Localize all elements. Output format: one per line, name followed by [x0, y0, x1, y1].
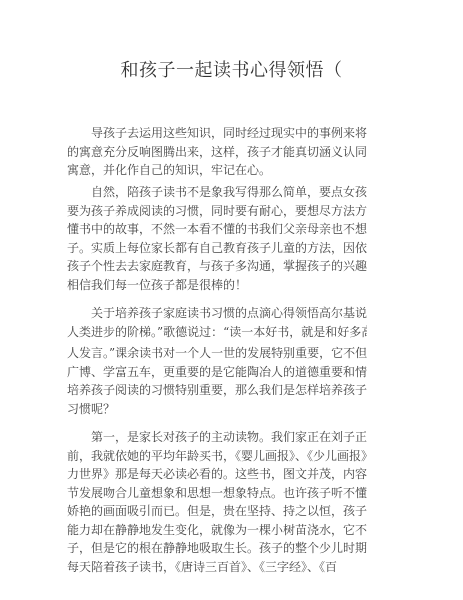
- text-line: 广博、学富五车，更重要的是它能陶冶人的道德重要和情操，而从小: [67, 363, 367, 382]
- text-line: 子，但是它的根在静静地吸取生长。孩子的整个少儿时期，我们几乎是: [67, 539, 367, 558]
- text-line: 第一，是家长对孩子的主动读物。我们家正在刘子正在咿咿学语从: [67, 428, 367, 447]
- text-line: 前，我就依她的平均年龄买书，《婴儿画报》、《少儿画报》、少儿智: [67, 447, 367, 466]
- text-line: 节发展吻合儿童想象和思想一想象特点。也许孩子听不懂，可是被色彩: [67, 484, 367, 503]
- text-line: 要为孩子养成阅读的习惯，同时要有耐心，要想尽方法方法让孩子读: [67, 202, 367, 221]
- text-line: 子。实质上每位家长都有自己教育孩子儿童的方法，因依照不同样的: [67, 239, 367, 258]
- text-line: 能力却在静静地发生变化，就像为一棵小树苗浇水，它不会马上长出叶: [67, 521, 367, 540]
- text-line: 人发言。”课余读书对一个人一世的发展特别重要，它不但令人知识: [67, 344, 367, 363]
- paragraph-1: 导孩子去运用这些知识，同时经过现实中的事例来将寓言故事中 的寓意充分反响图腾出来…: [67, 124, 367, 180]
- text-line: 相信我们每一位孩子都是很棒的！: [67, 276, 367, 295]
- paragraph-2: 自然，陪孩子读书不是象我写得那么简单，要点女孩是我们家长 要为孩子养成阅读的习惯…: [67, 183, 367, 294]
- text-line: 懂书中的故事，不然一本看不懂的书我们父亲母亲也不想看何况是孩: [67, 220, 367, 239]
- text-line: 孩子个性去去家庭教育，与孩子多沟通，掌握孩子的兴趣与爱好，我: [67, 257, 367, 276]
- text-line: 每天陪着孩子读书，《唐诗三百首》、《三字经》、《百: [67, 558, 367, 577]
- text-line: 习惯呢？: [67, 400, 367, 419]
- paragraph-4: 第一，是家长对孩子的主动读物。我们家正在刘子正在咿咿学语从 前，我就依她的平均年…: [67, 428, 367, 576]
- document-page: 和孩子一起读书心得领悟（ 导孩子去运用这些知识，同时经过现实中的事例来将寓言故事…: [0, 0, 463, 600]
- text-line: 人类进步的阶梯。”歌德说过：“读一本好书，就是和好多高尚的: [67, 323, 367, 342]
- text-line: 娇艳的画面吸引而已。但是，贵在坚持、持之以恒，孩子的语言和理解: [67, 502, 367, 521]
- paragraph-3: 关于培养孩子家庭读书习惯的点滴心得领悟高尔基说过：“书籍是 人类进步的阶梯。”歌…: [67, 304, 367, 418]
- text-line: 力世界》那是每天必读必看的。这些书，图文并茂，内容丰富饶趣，情: [67, 465, 367, 484]
- document-title: 和孩子一起读书心得领悟（: [0, 60, 463, 82]
- text-line: 关于培养孩子家庭读书习惯的点滴心得领悟高尔基说过：“书籍是: [67, 304, 367, 323]
- text-line: 导孩子去运用这些知识，同时经过现实中的事例来将寓言故事中: [67, 124, 367, 143]
- text-line: 培养孩子阅读的习惯特别重要，那么我们是怎样培养孩子优异的读书: [67, 381, 367, 400]
- text-line: 寓意，并化作自己的知识，牢记在心。: [67, 161, 367, 180]
- text-line: 的寓意充分反响图腾出来，这样，孩子才能真切涵义认同这些故事的: [67, 143, 367, 162]
- text-line: 自然，陪孩子读书不是象我写得那么简单，要点女孩是我们家长: [67, 183, 367, 202]
